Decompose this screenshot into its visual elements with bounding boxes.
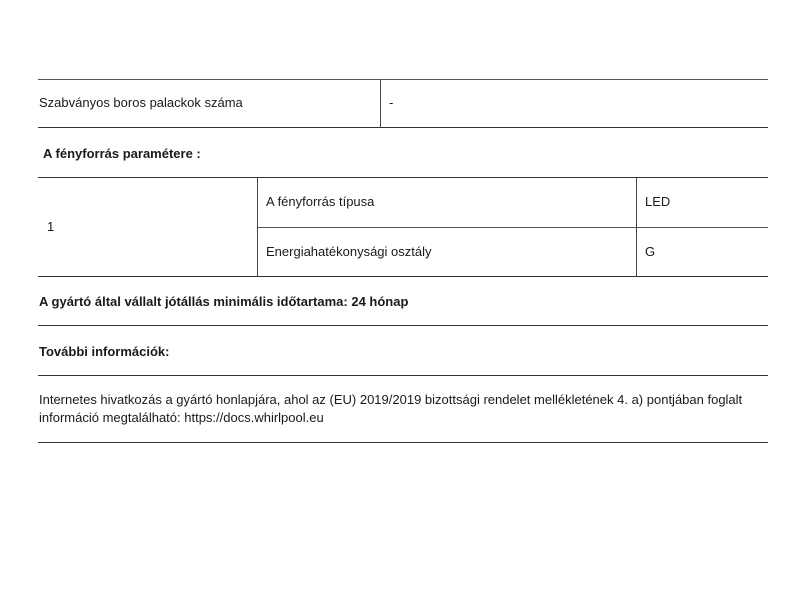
light-source-type-value: LED	[645, 194, 670, 210]
wine-bottles-label: Szabványos boros palackok száma	[39, 95, 243, 111]
wine-bottles-value: -	[389, 95, 393, 111]
column-divider	[257, 177, 258, 277]
column-divider	[636, 177, 637, 277]
light-source-index: 1	[47, 219, 54, 235]
divider	[38, 276, 768, 277]
additional-info-heading: További információk:	[39, 344, 170, 360]
divider	[38, 127, 768, 128]
light-source-type-label: A fényforrás típusa	[266, 194, 374, 210]
divider	[38, 442, 768, 443]
divider	[38, 79, 768, 80]
divider	[38, 325, 768, 326]
light-source-heading: A fényforrás paramétere :	[43, 146, 201, 162]
energy-class-value: G	[645, 244, 655, 260]
divider	[38, 177, 768, 178]
warranty-text: A gyártó által vállalt jótállás minimáli…	[39, 294, 408, 310]
energy-class-label: Energiahatékonysági osztály	[266, 244, 432, 260]
column-divider	[380, 79, 381, 128]
additional-info-text: Internetes hivatkozás a gyártó honlapjár…	[39, 391, 769, 427]
divider	[38, 375, 768, 376]
divider	[257, 227, 768, 228]
